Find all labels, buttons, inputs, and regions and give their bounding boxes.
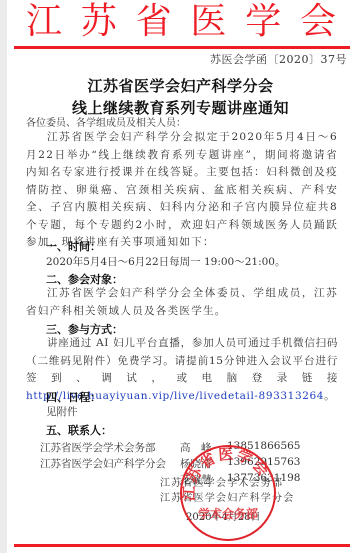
contact-org: 江苏省医学会妇产科学分会 xyxy=(40,456,166,471)
masthead-char: 苏 xyxy=(81,0,117,44)
bottom-red-rule xyxy=(14,544,350,547)
section-3-text: 讲座通过 AI 妇儿平台直播，参加人员可通过手机微信扫码（二维码见附件）免费学习… xyxy=(26,337,338,384)
section-2-body: 江苏省医学会妇产科学分会全体委员、学组成员，江苏省妇产科相关领域人员及各类医学生… xyxy=(26,285,338,320)
title-line-1: 江苏省医学会妇产科学分会 xyxy=(0,75,361,96)
masthead-char: 省 xyxy=(136,0,172,44)
section-1-heading: 一、时间： xyxy=(46,238,101,254)
seal-arc-text-icon: 江苏省医学会 xyxy=(182,447,278,543)
title-line-2: 线上继续教育系列专题讲座通知 xyxy=(0,97,361,118)
top-red-rule xyxy=(14,46,350,49)
seal-bottom-text: 学术会务部 xyxy=(182,505,274,522)
masthead-char: 学 xyxy=(245,0,281,44)
intro-paragraph: 江苏省医学会妇产科学分会拟定于2020年5月4日～6月22日举办“线上继续教育系… xyxy=(26,129,338,252)
contact-org: 江苏省医学会学术会务部 xyxy=(40,440,156,455)
section-4-heading: 四、日程： xyxy=(46,389,101,405)
svg-text:江苏省医学会: 江苏省医学会 xyxy=(182,447,274,502)
document-number: 苏医会学函〔2020〕37号 xyxy=(210,51,347,67)
section-4-body: 见附件 xyxy=(46,405,78,419)
section-5-heading: 五、联系人： xyxy=(46,422,112,438)
official-seal: 江苏省医学会 学术会务部 xyxy=(180,445,276,541)
masthead-char: 江 xyxy=(26,0,62,44)
seal-arc-text: 江苏省医学会 xyxy=(182,447,274,502)
masthead-char: 医 xyxy=(190,0,226,44)
section-1-body: 2020年5月4日～6月22日每周一 19:00～21:00。 xyxy=(46,255,285,269)
section-3-suffix: 。 xyxy=(324,390,335,402)
masthead-char: 会 xyxy=(300,0,336,44)
masthead: 江 苏 省 医 学 会 xyxy=(14,0,350,44)
